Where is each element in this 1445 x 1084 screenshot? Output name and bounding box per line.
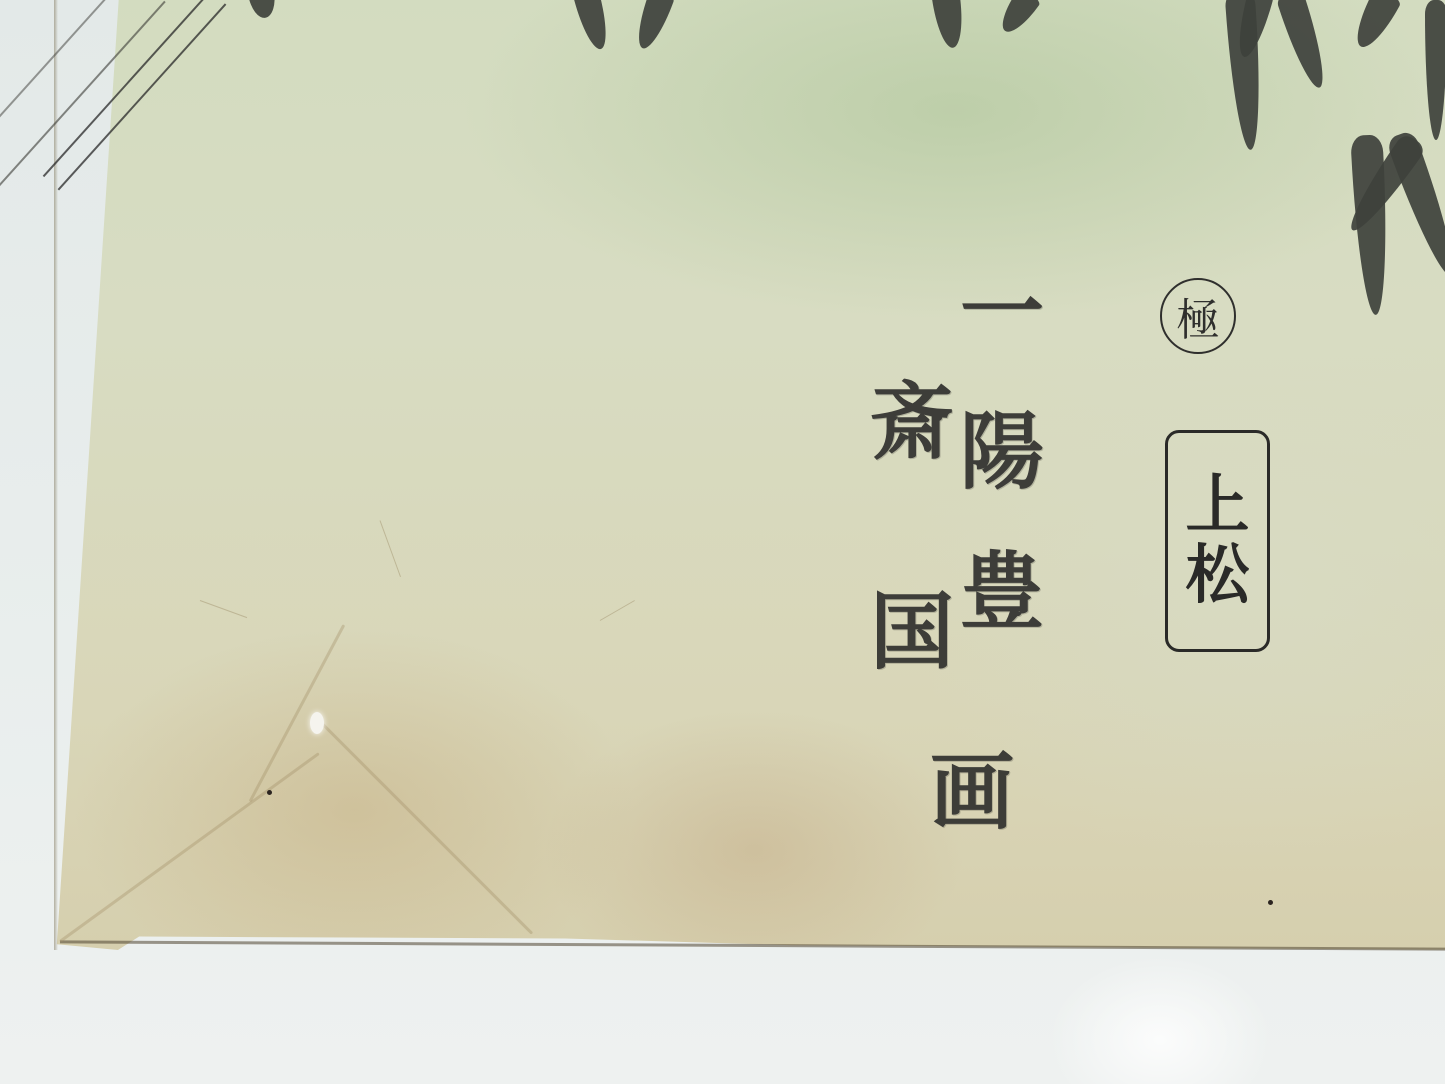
seal-char: 極 bbox=[1176, 284, 1220, 348]
artist-signature: 一 陽 斎 豊 国 画 bbox=[880, 260, 1040, 860]
signature-char: 画 bbox=[930, 750, 1014, 834]
signature-char: 国 bbox=[870, 590, 954, 674]
paper-tear bbox=[310, 712, 324, 734]
signature-char: 一 bbox=[960, 270, 1044, 354]
ink-speck bbox=[267, 790, 272, 795]
seal-char: 上 bbox=[1186, 471, 1250, 541]
signature-char: 陽 bbox=[960, 410, 1044, 494]
signature-char: 斎 bbox=[870, 380, 954, 464]
seal-char: 松 bbox=[1186, 541, 1250, 611]
signature-char: 豊 bbox=[960, 550, 1044, 634]
kiwame-censor-seal: 極 bbox=[1160, 278, 1236, 354]
paper-left-edge bbox=[54, 0, 58, 950]
ink-speck bbox=[1268, 900, 1273, 905]
publisher-seal: 上 松 bbox=[1165, 430, 1270, 652]
